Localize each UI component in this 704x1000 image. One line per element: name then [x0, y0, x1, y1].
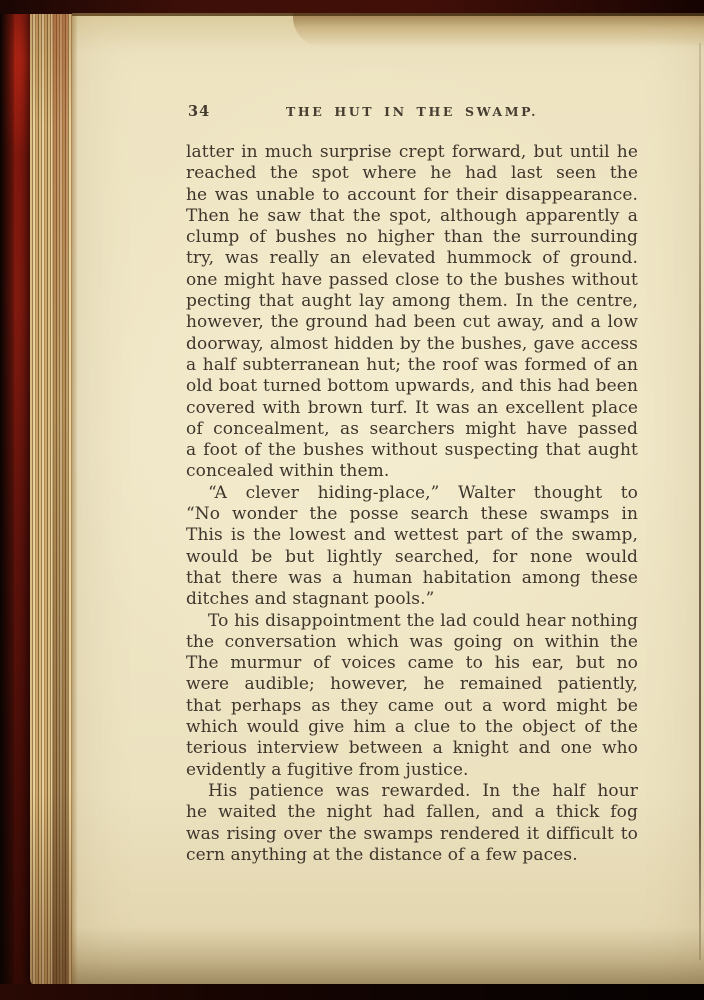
text-line: of concealment, as searchers might have …: [186, 419, 638, 440]
text-line: try, was really an elevated hummock of g…: [186, 248, 638, 269]
paragraph: latter in much surprise crept forward, b…: [186, 142, 638, 483]
text-line: old boat turned bottom upwards, and this…: [186, 376, 638, 397]
text-line: terious interview between a knight and o…: [186, 738, 638, 759]
text-line: Then he saw that the spot, although appa…: [186, 206, 638, 227]
paragraph: To his disappointment the lad could hear…: [186, 611, 638, 781]
text-line: covered with brown turf. It was an excel…: [186, 398, 638, 419]
text-line: he waited the night had fallen, and a th…: [186, 802, 638, 823]
text-line: a half subterranean hut; the roof was fo…: [186, 355, 638, 376]
cover-shadow: [0, 0, 14, 1000]
cover-bottom-band: [0, 984, 704, 1000]
text-line: cern anything at the distance of a few p…: [186, 845, 638, 866]
text-line: evidently a fugitive from justice.: [186, 760, 638, 781]
text-line: a foot of the bushes without suspecting …: [186, 440, 638, 461]
page-left-edge: [72, 13, 78, 985]
cover-top-band: [0, 0, 704, 14]
book-page: 34 THE HUT IN THE SWAMP. latter in much …: [72, 13, 704, 985]
text-line: latter in much surprise crept forward, b…: [186, 142, 638, 163]
text-line: doorway, almost hidden by the bushes, ga…: [186, 334, 638, 355]
text-line: “A clever hiding-place,” Walter thought …: [186, 483, 638, 504]
text-line: ditches and stagnant pools.”: [186, 589, 638, 610]
text-line: were audible; however, he remained patie…: [186, 674, 638, 695]
text-line: clump of bushes no higher than the surro…: [186, 227, 638, 248]
text-line: “No wonder the posse search these swamps…: [186, 504, 638, 525]
page-content: 34 THE HUT IN THE SWAMP. latter in much …: [186, 101, 638, 866]
text-line: was rising over the swamps rendered it d…: [186, 824, 638, 845]
text-line: reached the spot where he had last seen …: [186, 163, 638, 184]
text-line: he was unable to account for their disap…: [186, 185, 638, 206]
text-line: would be but lightly searched, for none …: [186, 547, 638, 568]
page-bottom-shadow: [72, 927, 704, 985]
text-line: His patience was rewarded. In the half h…: [186, 781, 638, 802]
text-line: pecting that aught lay among them. In th…: [186, 291, 638, 312]
text-line: which would give him a clue to the objec…: [186, 717, 638, 738]
page-edges-tint: [52, 10, 68, 988]
text-line: concealed within them.: [186, 461, 638, 482]
text-line: that there was a human habitation among …: [186, 568, 638, 589]
text-line: however, the ground had been cut away, a…: [186, 312, 638, 333]
page-top-edge-line: [72, 13, 704, 16]
page-right-edge-line: [699, 43, 701, 960]
text-line: the conversation which was going on with…: [186, 632, 638, 653]
text-line: To his disappointment the lad could hear…: [186, 611, 638, 632]
page-top-fore-edge: [293, 13, 704, 47]
text-block: latter in much surprise crept forward, b…: [186, 142, 638, 866]
text-line: This is the lowest and wettest part of t…: [186, 525, 638, 546]
paragraph: His patience was rewarded. In the half h…: [186, 781, 638, 866]
scanned-book-photo: 34 THE HUT IN THE SWAMP. latter in much …: [0, 0, 704, 1000]
page-header: 34 THE HUT IN THE SWAMP.: [186, 101, 638, 121]
paragraph: “A clever hiding-place,” Walter thought …: [186, 483, 638, 611]
text-line: that perhaps as they came out a word mig…: [186, 696, 638, 717]
text-line: The murmur of voices came to his ear, bu…: [186, 653, 638, 674]
running-title: THE HUT IN THE SWAMP.: [186, 104, 638, 119]
text-line: one might have passed close to the bushe…: [186, 270, 638, 291]
